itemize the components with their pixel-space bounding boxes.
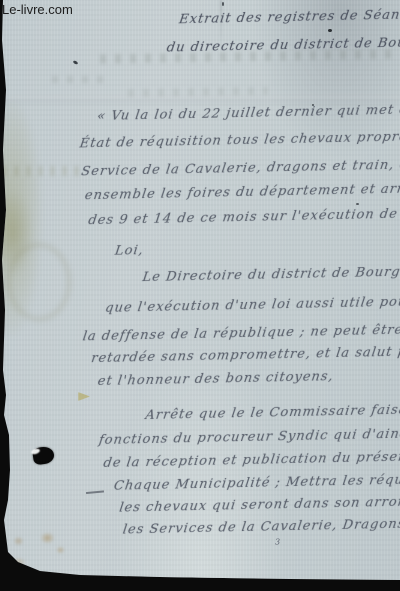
manuscript-line: la deffense de la république ; ne peut ê… bbox=[82, 322, 400, 345]
manuscript-line: « Vu la loi du 22 juillet dernier qui me… bbox=[96, 102, 400, 124]
scanned-photo: Extrait des registres de Séance du direc… bbox=[0, 0, 400, 591]
manuscript-line: que l'exécution d'une loi aussi utile po… bbox=[104, 294, 400, 316]
manuscript-line: État de réquisition tous les chevaux pro… bbox=[79, 129, 400, 152]
manuscript-line: des 9 et 14 de ce mois sur l'exécution d… bbox=[87, 206, 400, 229]
manuscript-line: Arrête que le le Commissaire faisant les bbox=[144, 402, 400, 423]
manuscript-line: les chevaux qui seront dans son arrondis… bbox=[118, 493, 400, 516]
manuscript-line: fonctions du procureur Syndic qui d'aind… bbox=[98, 426, 400, 448]
manuscript-line: Chaque Municipalité ; Mettra les réquisi… bbox=[113, 472, 400, 494]
manuscript-line: Extrait des registres de Séance bbox=[178, 7, 400, 27]
manuscript-line: et l'honneur des bons citoyens, bbox=[97, 369, 335, 389]
manuscript-line: les Services de la Cavalerie, Dragons et… bbox=[122, 515, 400, 537]
manuscript-line: Le Directoire du district de Bourg Consi… bbox=[141, 263, 400, 285]
manuscript-line: du directoire du district de Bourg bbox=[166, 35, 400, 55]
handwriting-layer: Extrait des registres de Séance du direc… bbox=[0, 0, 400, 591]
manuscript-line: retardée sans compromettre, et la salut … bbox=[90, 344, 400, 366]
manuscript-line: ensemble les foires du département et ar… bbox=[84, 181, 400, 203]
manuscript-line: de la réception et publication du présen… bbox=[102, 449, 400, 471]
figure-note: 3 bbox=[275, 537, 280, 546]
watermark: Le-livre.com bbox=[2, 2, 73, 17]
manuscript-page: Extrait des registres de Séance du direc… bbox=[0, 0, 400, 591]
manuscript-line: Service de la Cavalerie, dragons et trai… bbox=[80, 157, 400, 180]
manuscript-line: Loi, bbox=[114, 243, 145, 259]
margin-dash bbox=[86, 490, 104, 494]
